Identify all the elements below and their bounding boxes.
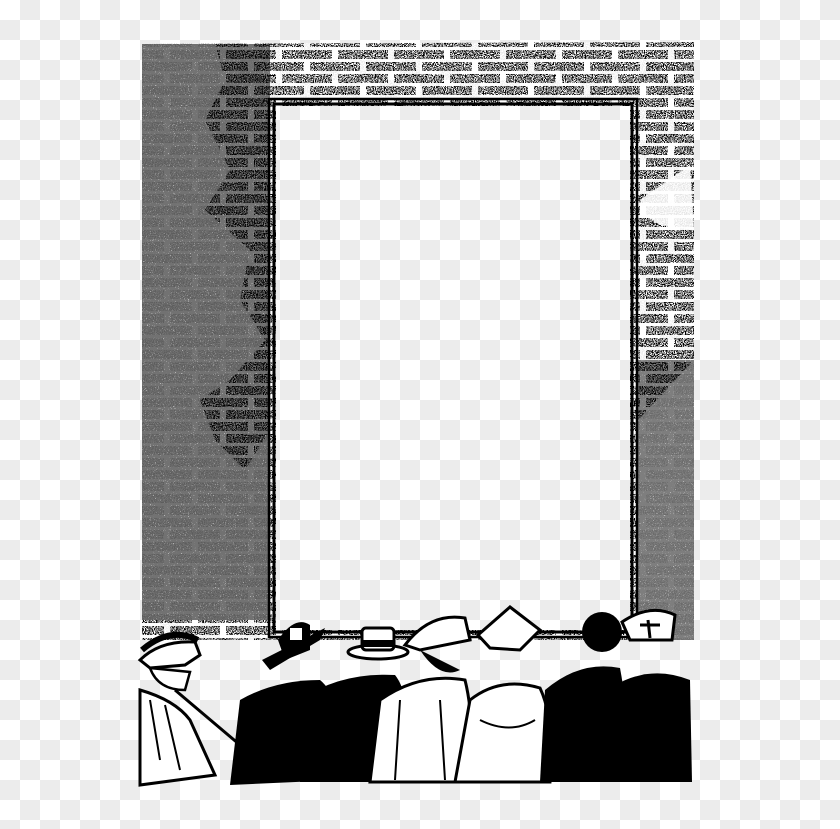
figure-woman [140,635,240,785]
brick-wall-frame-illustration [0,0,840,829]
poster-window [269,99,637,637]
